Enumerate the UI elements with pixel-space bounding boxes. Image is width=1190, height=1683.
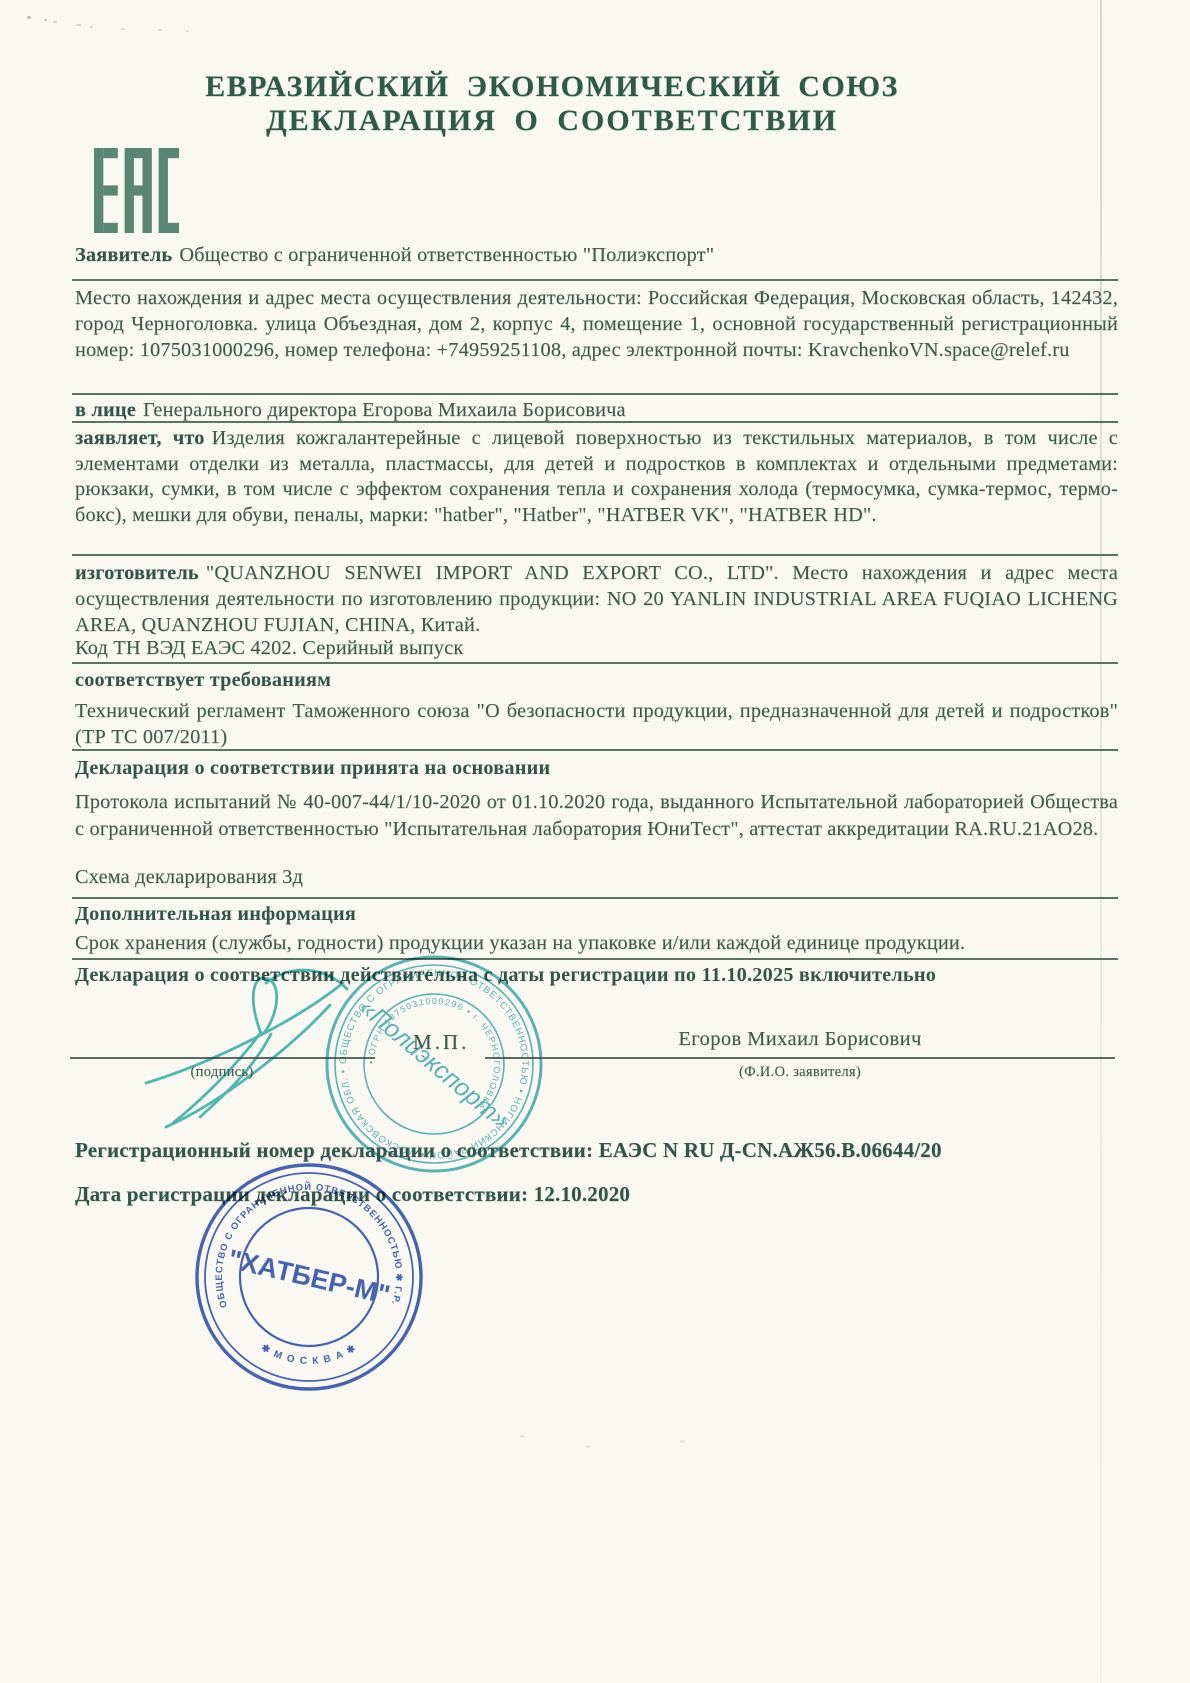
manufacturer-label: изготовитель [75, 562, 199, 584]
signer-name-caption: (Ф.И.О. заявителя) [700, 1064, 900, 1081]
divider [72, 554, 1118, 556]
scan-speck [44, 19, 47, 21]
signature-line-right [485, 1057, 1115, 1059]
tnved-code-line: Код ТН ВЭД ЕАЭС 4202. Серийный выпуск [75, 636, 1118, 661]
declares-label: заявляет, что [75, 427, 205, 449]
declares-text: Изделия кожгалантерейные с лицевой повер… [75, 427, 1118, 526]
complies-text: Технический регламент Таможенного союза … [75, 698, 1118, 750]
represented-by-label: в лице [75, 399, 136, 421]
scan-speck [680, 1440, 685, 1443]
basis-text: Протокола испытаний № 40-007-44/1/10-202… [75, 789, 1118, 842]
signer-name: Егоров Михаил Борисович [635, 1028, 965, 1051]
additional-info-label: Дополнительная информация [75, 902, 1118, 927]
eac-logo-icon [94, 147, 179, 239]
applicant-address: Место нахождения и адрес места осуществл… [75, 285, 1118, 363]
manufacturer-text: "QUANZHOU SENWEI IMPORT AND EXPORT CO., … [75, 562, 1118, 636]
divider [72, 662, 1118, 664]
applicant-value: Общество с ограниченной ответственностью… [179, 244, 714, 266]
basis-label: Декларация о соответствии принята на осн… [75, 756, 1118, 781]
signature-line-left [70, 1057, 375, 1059]
scan-speck [186, 30, 189, 32]
divider [72, 279, 1118, 281]
registration-number-value: ЕАЭС N RU Д-CN.АЖ56.В.06644/20 [599, 1138, 942, 1162]
scan-speck [158, 29, 162, 31]
mp-seal-mark: М.П. [413, 1030, 469, 1055]
divider [72, 421, 1118, 423]
declares-paragraph: заявляет, чтоИзделия кожгалантерейные с … [75, 426, 1118, 528]
scan-speck [520, 1435, 525, 1438]
registration-number-label: Регистрационный номер декларации о соотв… [75, 1138, 593, 1162]
manufacturer-paragraph: изготовитель"QUANZHOU SENWEI IMPORT AND … [75, 560, 1118, 638]
page-subtitle: ДЕКЛАРАЦИЯ О СООТВЕТСТВИИ [0, 104, 1104, 138]
scan-speck [76, 24, 81, 26]
complies-label: соответствует требованиям [75, 668, 1118, 693]
applicant-label: Заявитель [75, 244, 172, 266]
scan-speck [90, 26, 93, 28]
hatber-stamp-center-text: "ХАТБЕР-М" [225, 1244, 393, 1310]
applicant-row: ЗаявительОбщество с ограниченной ответст… [75, 243, 1118, 268]
scan-speck [121, 28, 125, 30]
divider [72, 897, 1118, 899]
document-page: ЕВРАЗИЙСКИЙ ЭКОНОМИЧЕСКИЙ СОЮЗ ДЕКЛАРАЦИ… [0, 0, 1190, 1683]
document-header: ЕВРАЗИЙСКИЙ ЭКОНОМИЧЕСКИЙ СОЮЗ ДЕКЛАРАЦИ… [0, 70, 1104, 138]
represented-by-row: в лицеГенерального директора Егорова Мих… [75, 398, 1118, 423]
represented-by-value: Генерального директора Егорова Михаила Б… [143, 399, 626, 421]
signature-caption: (подпись) [147, 1064, 297, 1081]
registration-date-value: 12.10.2020 [534, 1182, 631, 1206]
divider [72, 749, 1118, 751]
scan-speck [585, 1445, 591, 1448]
hatber-round-stamp: ОБЩЕСТВО С ОГРАНИЧЕННОЙ ОТВЕТСТВЕННОСТЬЮ… [192, 1160, 426, 1399]
scan-speck [27, 16, 31, 19]
declaration-scheme-line: Схема декларирования 3д [75, 865, 1118, 890]
divider [72, 393, 1118, 395]
scan-speck [53, 21, 57, 23]
page-title: ЕВРАЗИЙСКИЙ ЭКОНОМИЧЕСКИЙ СОЮЗ [0, 70, 1104, 104]
